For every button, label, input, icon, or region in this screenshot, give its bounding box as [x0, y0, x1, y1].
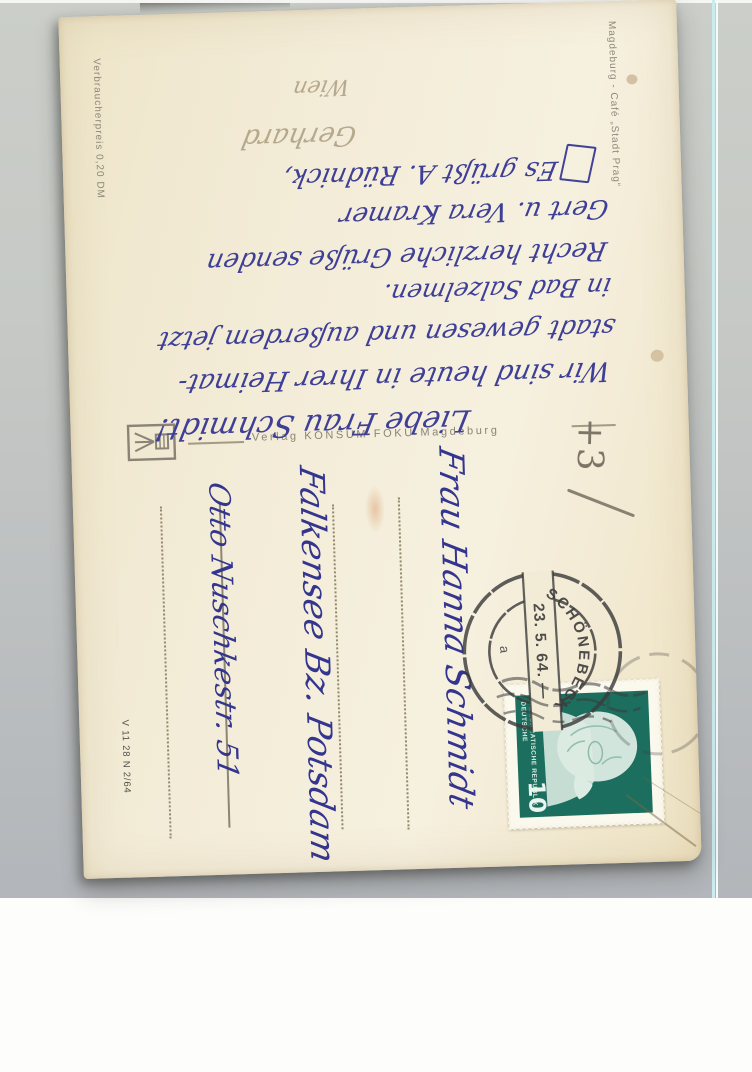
postcard-back: Verbraucherpreis 0,20 DM Magdeburg - Caf…: [58, 0, 701, 879]
bottom-white-margin: [0, 898, 752, 1072]
faint-pencil-note: Wien: [218, 49, 349, 103]
title-caption: Magdeburg - Café „Stadt Prag“: [606, 21, 622, 188]
postmark-letter: a: [497, 645, 512, 654]
age-spot: [650, 350, 663, 362]
rust-stain: [364, 485, 385, 534]
cancel-wave-lines: [491, 663, 681, 757]
scanner-artifact-line-2: [716, 0, 718, 898]
faint-pencil-note: Gerhard: [195, 96, 357, 156]
print-code-caption: V 11 28 N 2/64: [119, 720, 132, 794]
pencil-postal-mark: +3: [549, 420, 642, 523]
price-caption: Verbraucherpreis 0,20 DM: [91, 58, 106, 199]
scanned-postcard-page: Verbraucherpreis 0,20 DM Magdeburg - Caf…: [0, 0, 752, 1072]
address-town: Falkensee Bz. Potsdam: [231, 466, 344, 879]
age-spot: [626, 74, 637, 84]
stamp-value: 10: [522, 781, 549, 814]
address-street: Otto Nuschkestr. 51: [164, 482, 248, 874]
scanner-artifact-line: [712, 0, 715, 898]
